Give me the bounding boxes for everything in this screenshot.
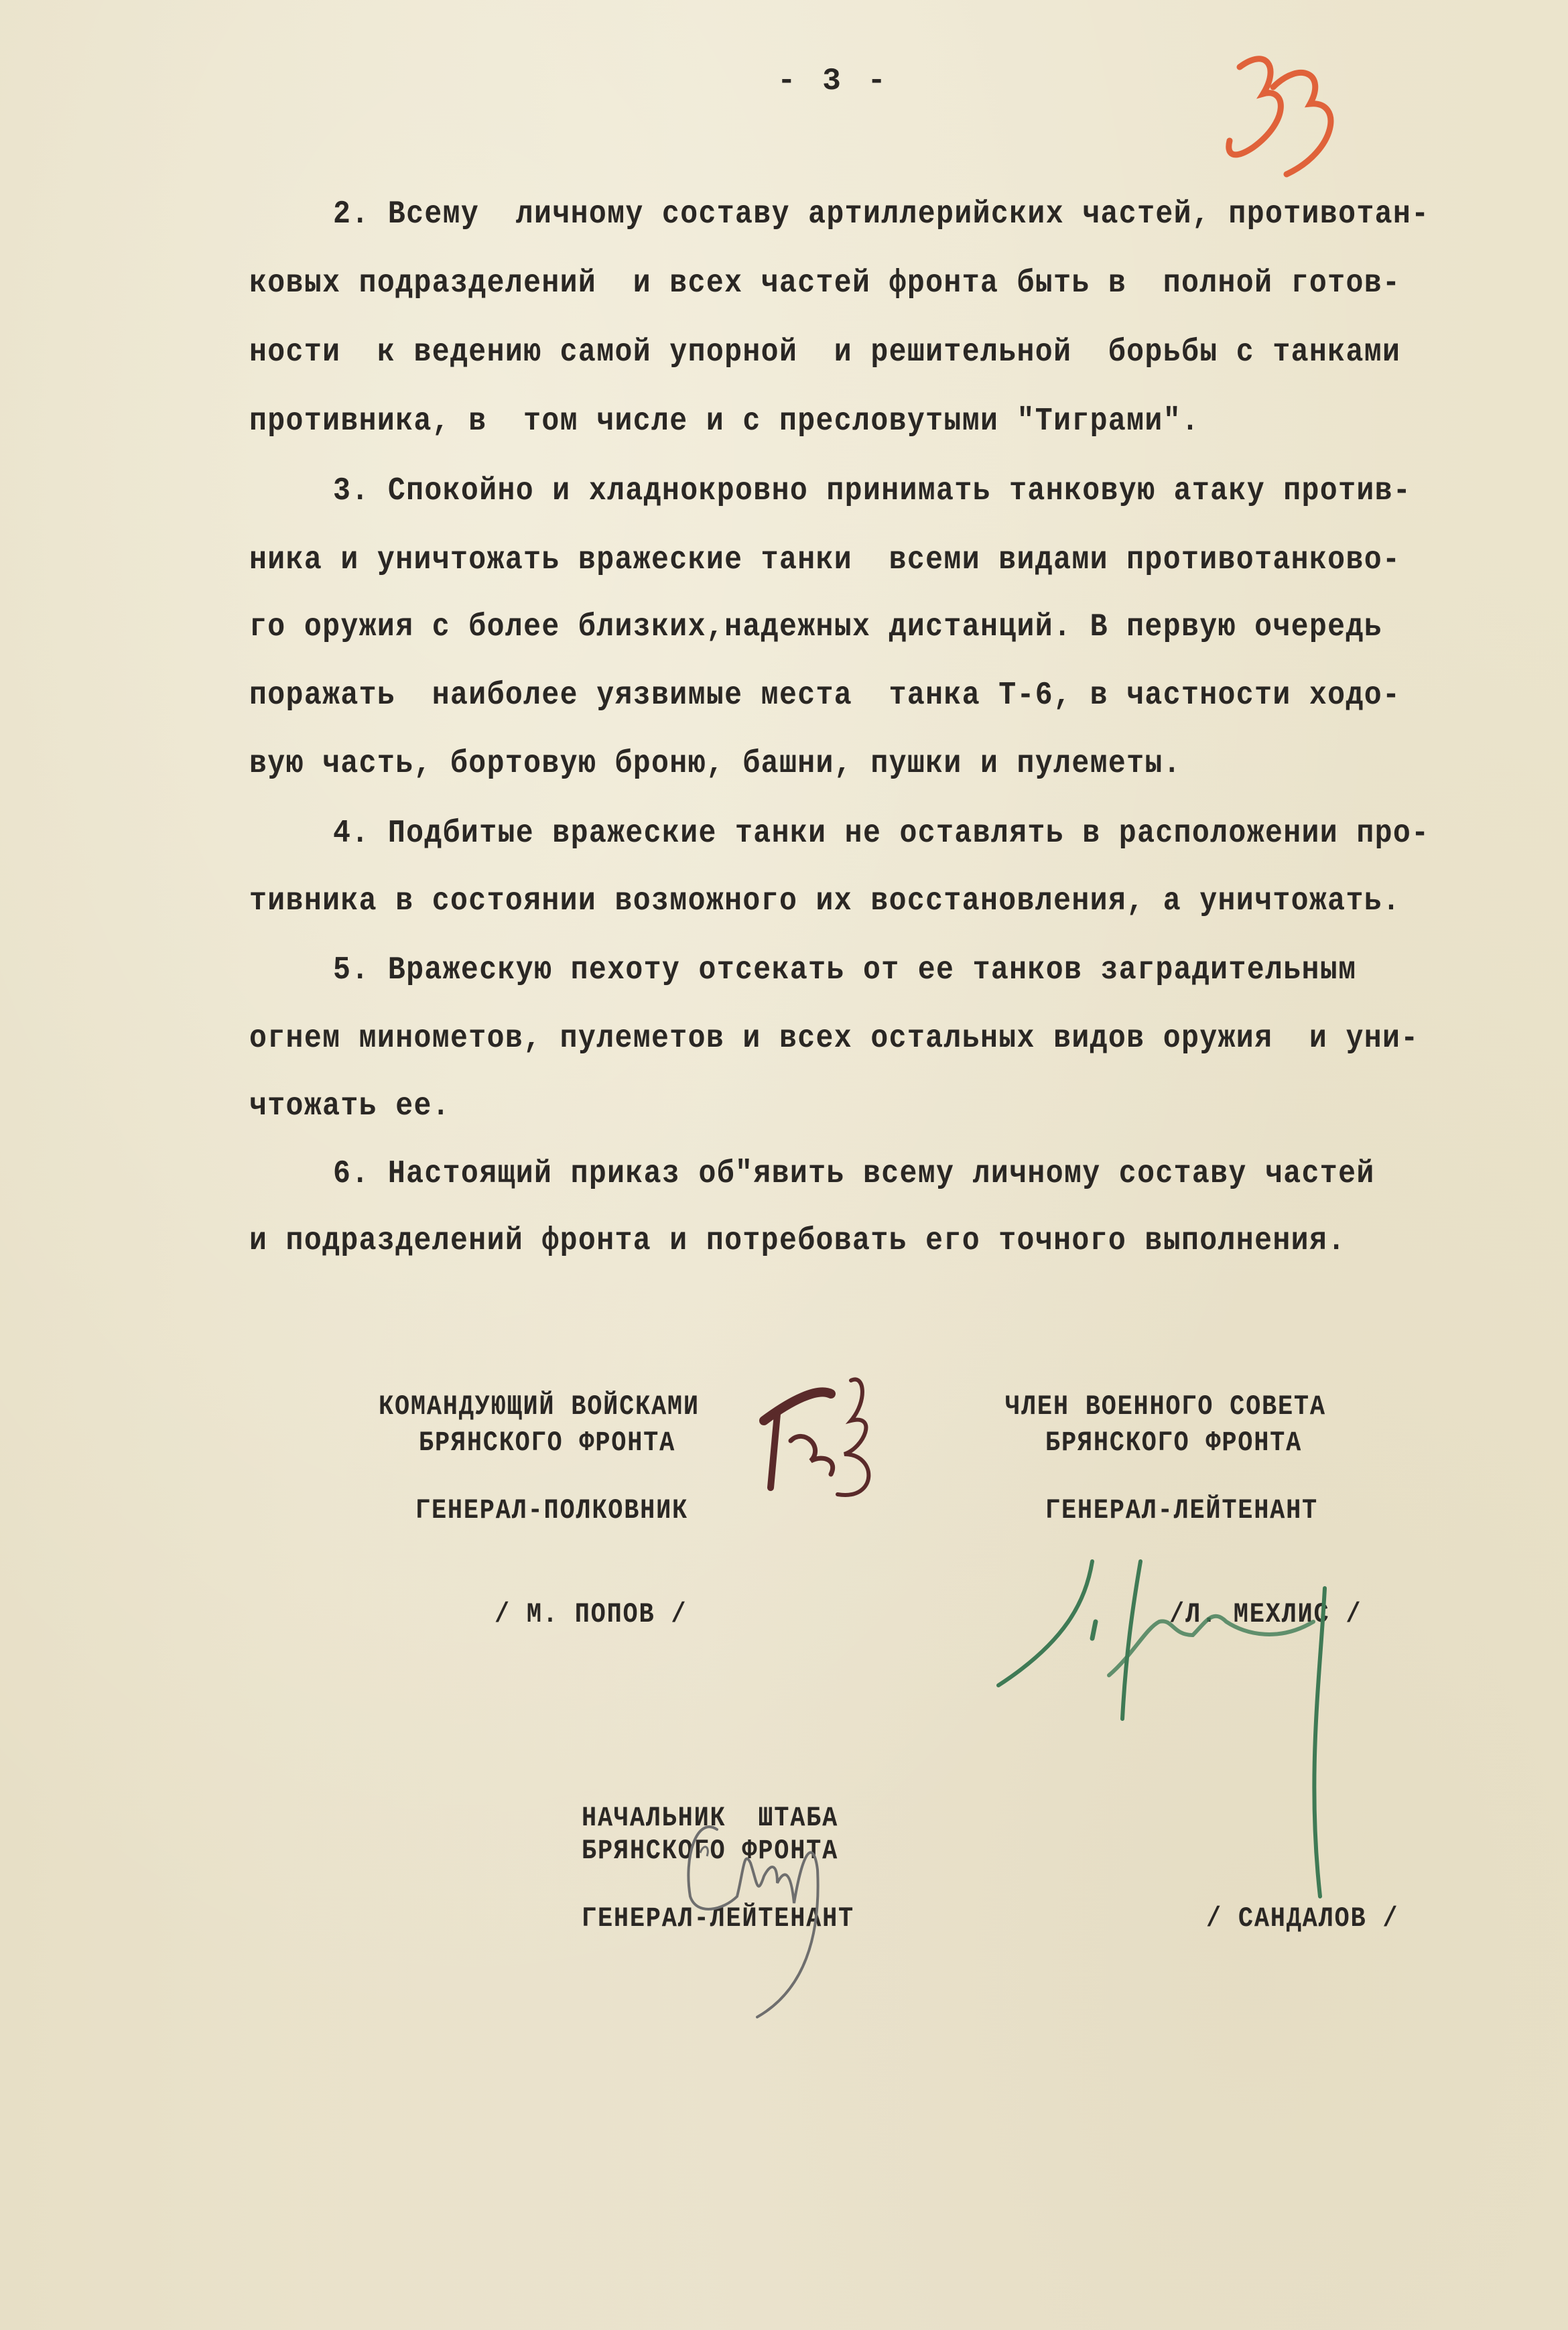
para-6-line-2: и подразделений фронта и потребовать его… — [249, 1225, 1346, 1257]
archive-page-mark: 33 — [1199, 40, 1374, 214]
para-5-line-1: 5. Вражескую пехоту отсекать от ее танко… — [333, 954, 1356, 986]
para-2-line-4: противника, в том числе и с пресловутыми… — [249, 405, 1199, 438]
chief-of-staff-name: / САНДАЛОВ / — [1206, 1904, 1398, 1933]
para-2-line-1: 2. Всему личному составу артиллерийских … — [333, 198, 1429, 231]
popov-signature — [750, 1374, 905, 1514]
para-2-line-3: ности к ведению самой упорной и решитель… — [249, 336, 1400, 369]
para-3-line-5: вую часть, бортовую броню, башни, пушки … — [249, 748, 1181, 780]
mekhlis-signature — [992, 1541, 1568, 1917]
para-5-line-2: огнем минометов, пулеметов и всех осталь… — [249, 1023, 1419, 1055]
para-3-line-1: 3. Спокойно и хладнокровно принимать тан… — [333, 475, 1411, 507]
sandalov-signature — [670, 1803, 952, 2030]
para-4-line-2: тивника в состоянии возможного их восста… — [249, 885, 1400, 917]
commander-title-line-2: БРЯНСКОГО ФРОНТА — [419, 1429, 675, 1457]
para-6-line-1: 6. Настоящий приказ об"явить всему лично… — [333, 1158, 1375, 1190]
commander-rank: ГЕНЕРАЛ-ПОЛКОВНИК — [415, 1496, 688, 1525]
page-number: - 3 - — [777, 64, 890, 99]
council-member-rank: ГЕНЕРАЛ-ЛЕЙТЕНАНТ — [1045, 1496, 1318, 1525]
para-3-line-4: поражать наиболее уязвимые места танка Т… — [249, 679, 1400, 712]
para-3-line-3: го оружия с более близких,надежных диста… — [249, 611, 1382, 643]
commander-title-line-1: КОМАНДУЮЩИЙ ВОЙСКАМИ — [379, 1393, 700, 1421]
council-member-title-line-1: ЧЛЕН ВОЕННОГО СОВЕТА — [1005, 1393, 1326, 1421]
para-2-line-2: ковых подразделений и всех частей фронта… — [249, 267, 1400, 300]
commander-name: / М. ПОПОВ / — [495, 1600, 687, 1628]
para-5-line-3: чтожать ее. — [249, 1090, 450, 1122]
para-4-line-1: 4. Подбитые вражеские танки не оставлять… — [333, 818, 1429, 850]
council-member-title-line-2: БРЯНСКОГО ФРОНТА — [1045, 1429, 1302, 1457]
para-3-line-2: ника и уничтожать вражеские танки всеми … — [249, 544, 1400, 576]
